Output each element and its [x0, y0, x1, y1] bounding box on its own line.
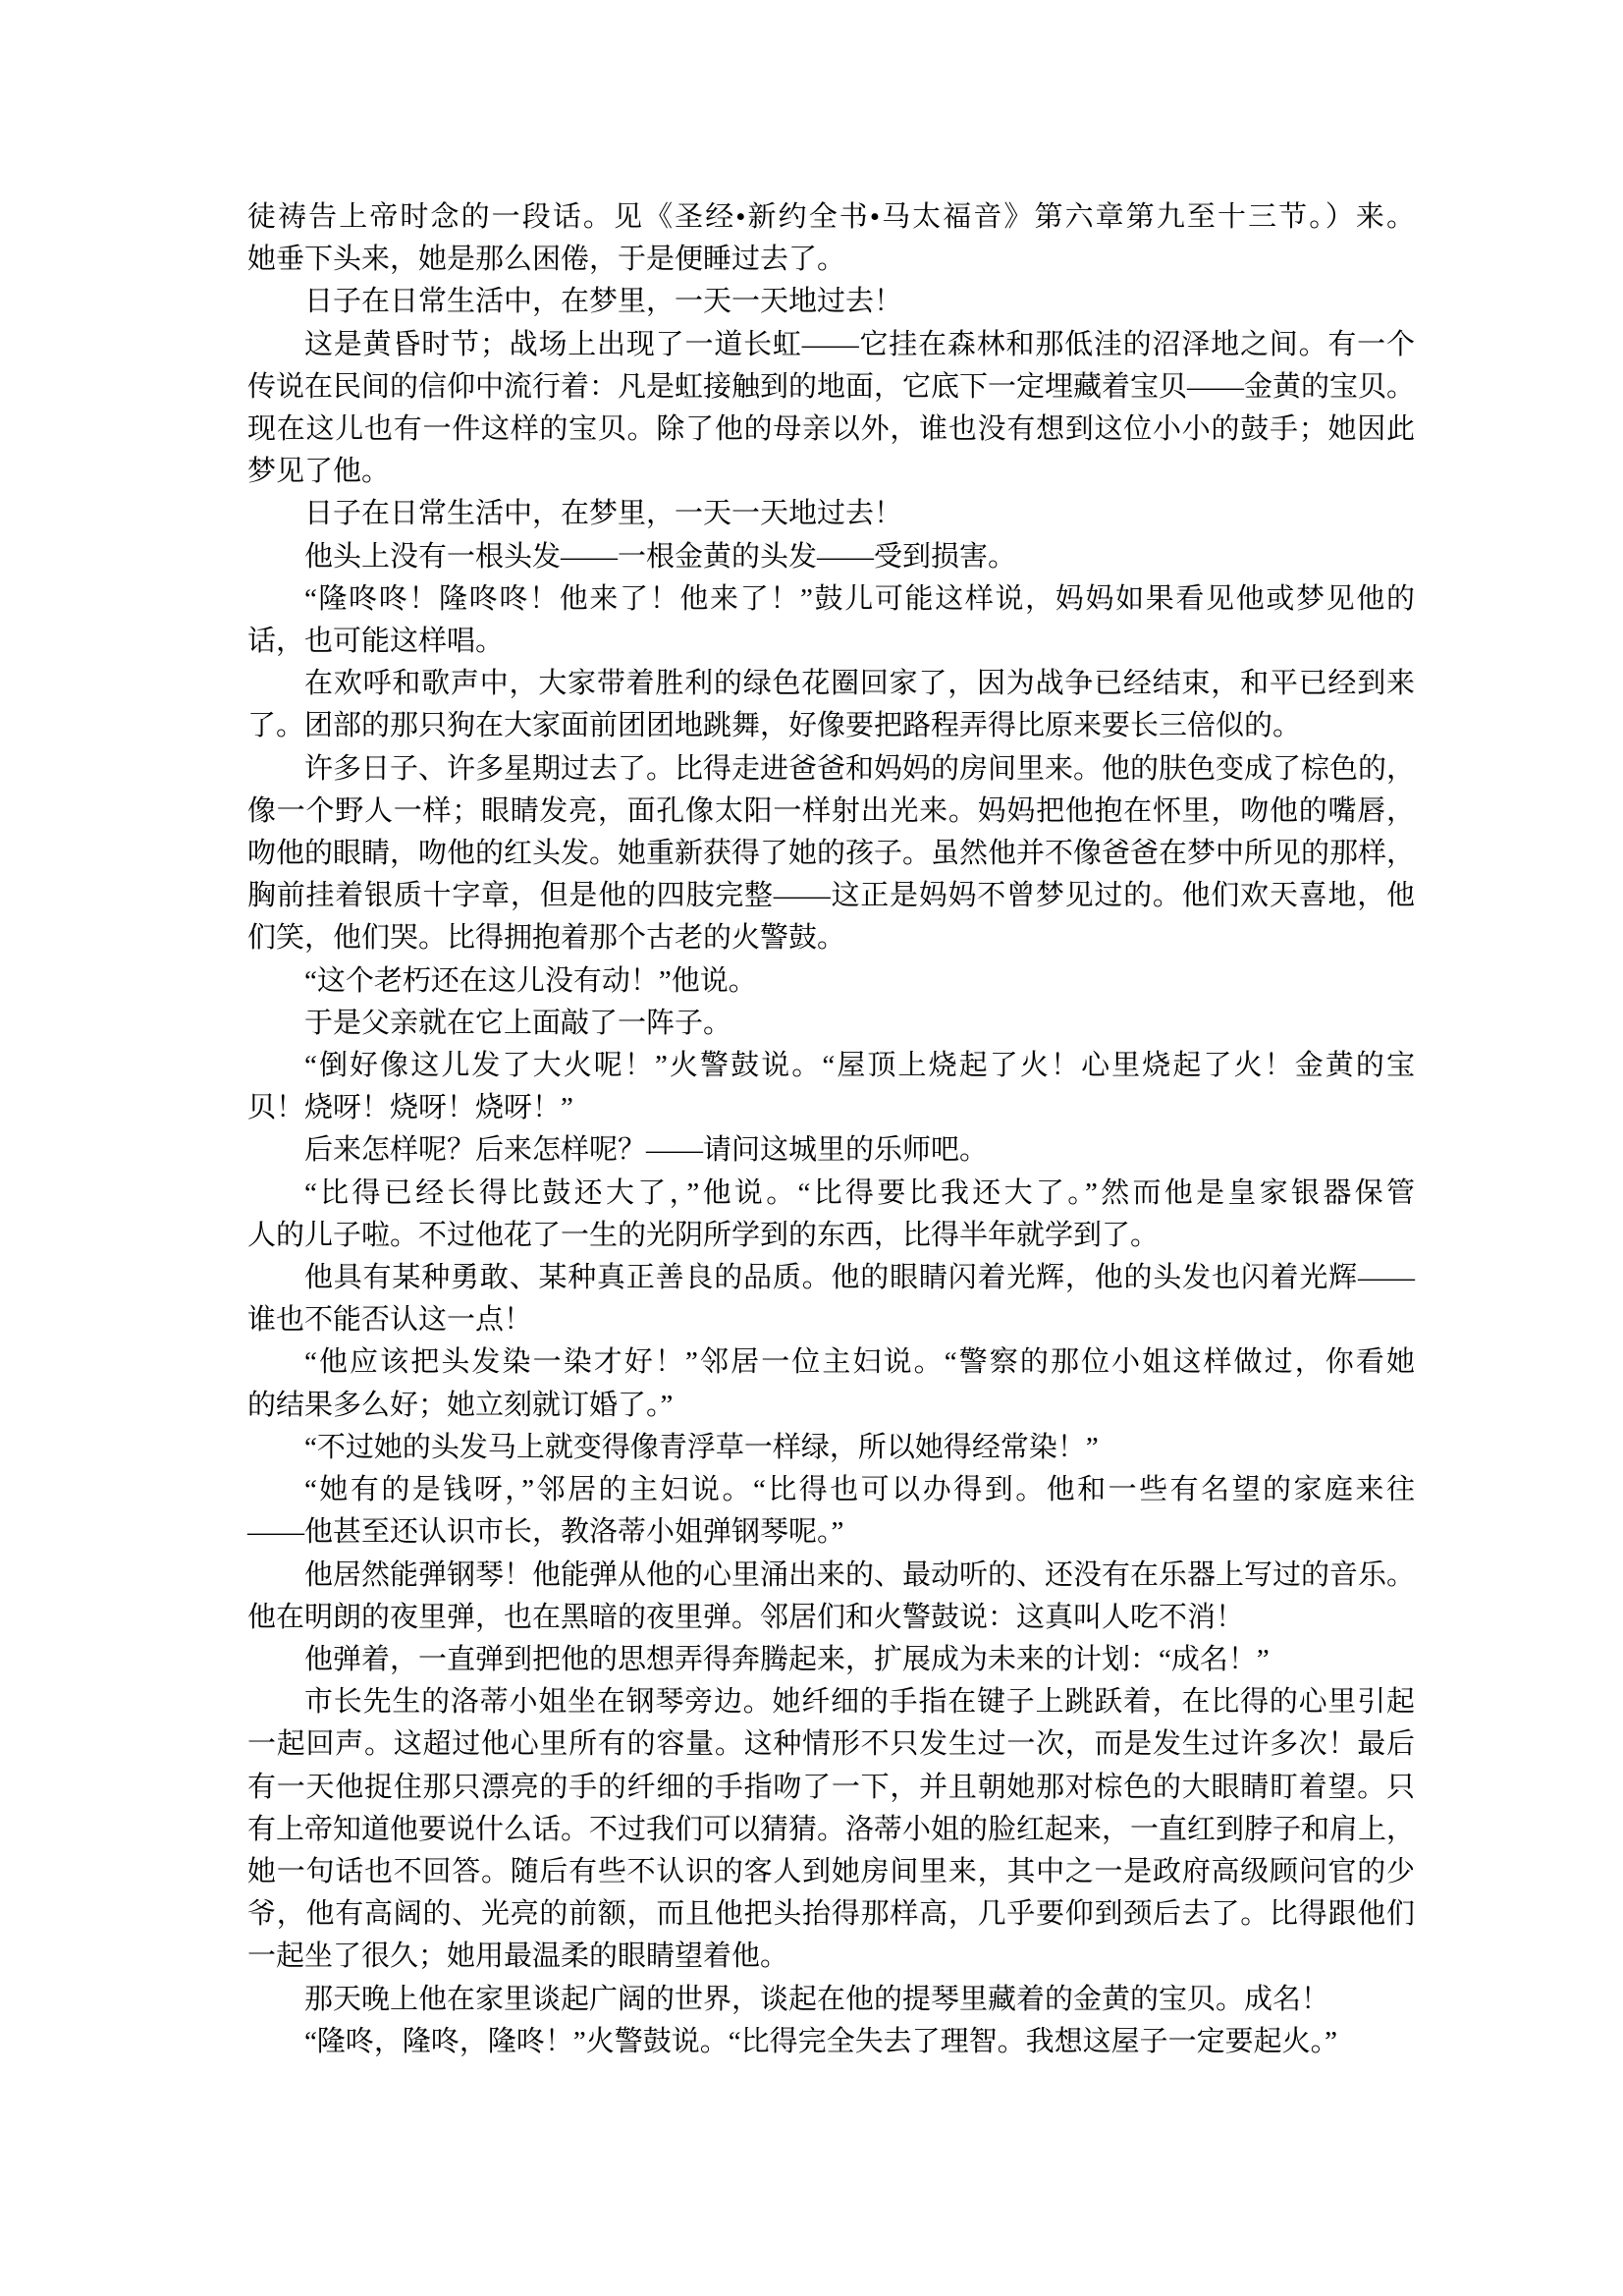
text-line: 他弹着，一直弹到把他的思想弄得奔腾起来，扩展成为未来的计划：“成名！”: [247, 1639, 1415, 1681]
text-line: 一起回声。这超过他心里所有的容量。这种情形不只发生过一次，而是发生过许多次！最后: [247, 1723, 1415, 1766]
text-line: 爷，他有高阔的、光亮的前额，而且他把头抬得那样高，几乎要仰到颈后去了。比得跟他们: [247, 1893, 1415, 1936]
paragraph: 于是父亲就在它上面敲了一阵子。: [247, 1003, 1415, 1045]
text-line: 于是父亲就在它上面敲了一阵子。: [247, 1003, 1415, 1045]
paragraph: 他具有某种勇敢、某种真正善良的品质。他的眼睛闪着光辉，他的头发也闪着光辉——谁也…: [247, 1257, 1415, 1341]
text-line: 他在明朗的夜里弹，也在黑暗的夜里弹。邻居们和火警鼓说：这真叫人吃不消！: [247, 1597, 1415, 1639]
text-line: “不过她的头发马上就变得像青浮草一样绿，所以她得经常染！”: [247, 1427, 1415, 1469]
paragraph: 后来怎样呢？后来怎样呢？——请问这城里的乐师吧。: [247, 1129, 1415, 1172]
text-line: 日子在日常生活中，在梦里，一天一天地过去！: [247, 281, 1415, 323]
text-line: 话，也可能这样唱。: [247, 621, 1415, 663]
text-line: 的结果多么好；她立刻就订婚了。”: [247, 1385, 1415, 1427]
text-line: 他居然能弹钢琴！他能弹从他的心里涌出来的、最动听的、还没有在乐器上写过的音乐。: [247, 1555, 1415, 1597]
text-line: 他具有某种勇敢、某种真正善良的品质。他的眼睛闪着光辉，他的头发也闪着光辉——: [247, 1257, 1415, 1299]
text-line: “这个老朽还在这儿没有动！”他说。: [247, 960, 1415, 1003]
document-page: 徒祷告上帝时念的一段话。见《圣经•新约全书•马太福音》第六章第九至十三节。）来。…: [0, 0, 1623, 2296]
text-line: “她有的是钱呀，”邻居的主妇说。“比得也可以办得到。他和一些有名望的家庭来往: [247, 1469, 1415, 1511]
text-line: 贝！烧呀！烧呀！烧呀！”: [247, 1087, 1415, 1129]
text-line: “倒好像这儿发了大火呢！”火警鼓说。“屋顶上烧起了火！心里烧起了火！金黄的宝: [247, 1045, 1415, 1087]
text-column: 徒祷告上帝时念的一段话。见《圣经•新约全书•马太福音》第六章第九至十三节。）来。…: [247, 196, 1415, 2063]
text-line: 们笑，他们哭。比得拥抱着那个古老的火警鼓。: [247, 917, 1415, 959]
text-line: “比得已经长得比鼓还大了，”他说。“比得要比我还大了。”然而他是皇家银器保管: [247, 1173, 1415, 1215]
paragraph: “比得已经长得比鼓还大了，”他说。“比得要比我还大了。”然而他是皇家银器保管人的…: [247, 1173, 1415, 1257]
paragraph: “隆咚咚！隆咚咚！他来了！他来了！”鼓儿可能这样说，妈妈如果看见他或梦见他的话，…: [247, 578, 1415, 663]
paragraph: “这个老朽还在这儿没有动！”他说。: [247, 960, 1415, 1003]
paragraph: 日子在日常生活中，在梦里，一天一天地过去！: [247, 281, 1415, 323]
paragraph: 徒祷告上帝时念的一段话。见《圣经•新约全书•马太福音》第六章第九至十三节。）来。…: [247, 196, 1415, 281]
text-line: 这是黄昏时节；战场上出现了一道长虹——它挂在森林和那低洼的沼泽地之间。有一个: [247, 324, 1415, 366]
paragraph: 许多日子、许多星期过去了。比得走进爸爸和妈妈的房间里来。他的肤色变成了棕色的，像…: [247, 748, 1415, 960]
text-line: 后来怎样呢？后来怎样呢？——请问这城里的乐师吧。: [247, 1129, 1415, 1172]
text-line: “隆咚，隆咚，隆咚！”火警鼓说。“比得完全失去了理智。我想这屋子一定要起火。”: [247, 2021, 1415, 2063]
text-line: 日子在日常生活中，在梦里，一天一天地过去！: [247, 493, 1415, 535]
paragraph: “不过她的头发马上就变得像青浮草一样绿，所以她得经常染！”: [247, 1427, 1415, 1469]
text-line: 梦见了他。: [247, 451, 1415, 493]
text-line: 有一天他捉住那只漂亮的手的纤细的手指吻了一下，并且朝她那对棕色的大眼睛盯着望。只: [247, 1767, 1415, 1809]
paragraph: 他弹着，一直弹到把他的思想弄得奔腾起来，扩展成为未来的计划：“成名！”: [247, 1639, 1415, 1681]
text-line: 人的儿子啦。不过他花了一生的光阴所学到的东西，比得半年就学到了。: [247, 1215, 1415, 1257]
paragraph: 在欢呼和歌声中，大家带着胜利的绿色花圈回家了，因为战争已经结束，和平已经到来了。…: [247, 663, 1415, 747]
paragraph: “她有的是钱呀，”邻居的主妇说。“比得也可以办得到。他和一些有名望的家庭来往——…: [247, 1469, 1415, 1554]
paragraph: 市长先生的洛蒂小姐坐在钢琴旁边。她纤细的手指在键子上跳跃着，在比得的心里引起一起…: [247, 1681, 1415, 1978]
paragraph: 日子在日常生活中，在梦里，一天一天地过去！: [247, 493, 1415, 535]
text-line: 谁也不能否认这一点！: [247, 1299, 1415, 1341]
text-line: 吻他的眼睛，吻他的红头发。她重新获得了她的孩子。虽然他并不像爸爸在梦中所见的那样…: [247, 833, 1415, 875]
text-line: 徒祷告上帝时念的一段话。见《圣经•新约全书•马太福音》第六章第九至十三节。）来。: [247, 196, 1415, 239]
paragraph: 这是黄昏时节；战场上出现了一道长虹——它挂在森林和那低洼的沼泽地之间。有一个传说…: [247, 324, 1415, 494]
text-line: 市长先生的洛蒂小姐坐在钢琴旁边。她纤细的手指在键子上跳跃着，在比得的心里引起: [247, 1681, 1415, 1723]
text-line: 一起坐了很久；她用最温柔的眼睛望着他。: [247, 1936, 1415, 1978]
text-line: “他应该把头发染一染才好！”邻居一位主妇说。“警察的那位小姐这样做过，你看她: [247, 1341, 1415, 1384]
text-line: 她一句话也不回答。随后有些不认识的客人到她房间里来，其中之一是政府高级顾问官的少: [247, 1851, 1415, 1893]
paragraph: “他应该把头发染一染才好！”邻居一位主妇说。“警察的那位小姐这样做过，你看她的结…: [247, 1341, 1415, 1426]
text-line: 许多日子、许多星期过去了。比得走进爸爸和妈妈的房间里来。他的肤色变成了棕色的，: [247, 748, 1415, 791]
text-line: 传说在民间的信仰中流行着：凡是虹接触到的地面，它底下一定埋藏着宝贝——金黄的宝贝…: [247, 366, 1415, 409]
text-line: 她垂下头来，她是那么困倦，于是便睡过去了。: [247, 239, 1415, 281]
text-line: 在欢呼和歌声中，大家带着胜利的绿色花圈回家了，因为战争已经结束，和平已经到来: [247, 663, 1415, 705]
paragraph: 他居然能弹钢琴！他能弹从他的心里涌出来的、最动听的、还没有在乐器上写过的音乐。他…: [247, 1555, 1415, 1639]
paragraph: “隆咚，隆咚，隆咚！”火警鼓说。“比得完全失去了理智。我想这屋子一定要起火。”: [247, 2021, 1415, 2063]
text-line: 了。团部的那只狗在大家面前团团地跳舞，好像要把路程弄得比原来要长三倍似的。: [247, 705, 1415, 747]
text-line: 胸前挂着银质十字章，但是他的四肢完整——这正是妈妈不曾梦见过的。他们欢天喜地，他: [247, 875, 1415, 917]
text-line: “隆咚咚！隆咚咚！他来了！他来了！”鼓儿可能这样说，妈妈如果看见他或梦见他的: [247, 578, 1415, 621]
text-line: 那天晚上他在家里谈起广阔的世界，谈起在他的提琴里藏着的金黄的宝贝。成名！: [247, 1979, 1415, 2021]
text-line: 像一个野人一样；眼睛发亮，面孔像太阳一样射出光来。妈妈把他抱在怀里，吻他的嘴唇，: [247, 791, 1415, 833]
text-line: 他头上没有一根头发——一根金黄的头发——受到损害。: [247, 536, 1415, 578]
paragraph: 他头上没有一根头发——一根金黄的头发——受到损害。: [247, 536, 1415, 578]
paragraph: 那天晚上他在家里谈起广阔的世界，谈起在他的提琴里藏着的金黄的宝贝。成名！: [247, 1979, 1415, 2021]
text-line: ——他甚至还认识市长，教洛蒂小姐弹钢琴呢。”: [247, 1511, 1415, 1554]
text-line: 有上帝知道他要说什么话。不过我们可以猜猜。洛蒂小姐的脸红起来，一直红到脖子和肩上…: [247, 1809, 1415, 1851]
paragraph: “倒好像这儿发了大火呢！”火警鼓说。“屋顶上烧起了火！心里烧起了火！金黄的宝贝！…: [247, 1045, 1415, 1129]
text-line: 现在这儿也有一件这样的宝贝。除了他的母亲以外，谁也没有想到这位小小的鼓手；她因此: [247, 409, 1415, 451]
